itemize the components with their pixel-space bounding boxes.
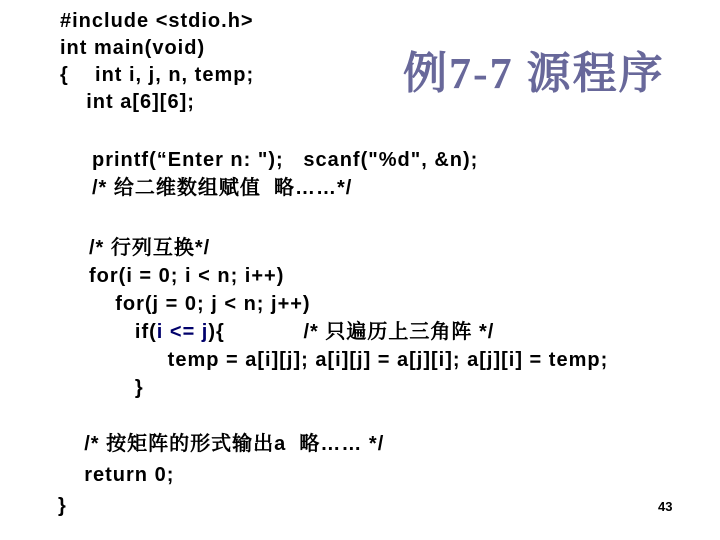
code-line-include: #include <stdio.h> [60,8,254,35]
code-line-for-j: for(j = 0; j < n; j++) [89,290,608,318]
code-block-input: printf(“Enter n: "); scanf("%d", &n); /*… [92,146,478,202]
slide-title: 例7-7 源程序 [403,46,665,102]
page-number: 43 [658,499,672,514]
code-line-output-comment: /* 按矩阵的形式输出a 略…… */ [58,429,384,460]
code-line-assign-comment: /* 给二维数组赋值 略……*/ [92,174,478,202]
code-block-output: /* 按矩阵的形式输出a 略…… */ return 0; } [58,429,384,522]
code-line-main-closing-brace: } [58,491,384,522]
if-keyword: if( [89,321,157,343]
code-line-if-closing-brace: } [89,374,608,402]
if-condition-highlight: i <= j [157,321,209,343]
if-trailing-comment: ){ /* 只遍历上三角阵 */ [208,321,494,343]
code-line-swap-statement: temp = a[i][j]; a[i][j] = a[j][i]; a[j][… [89,346,608,374]
code-line-for-i: for(i = 0; i < n; i++) [89,262,608,290]
code-block-declarations: #include <stdio.h> int main(void) { int … [60,8,254,116]
code-line-swap-comment: /* 行列互换*/ [89,234,608,262]
code-line-declare-ints: { int i, j, n, temp; [60,62,254,89]
code-line-declare-array: int a[6][6]; [60,89,254,116]
code-line-if: if(i <= j){ /* 只遍历上三角阵 */ [89,318,608,346]
code-block-swap: /* 行列互换*/ for(i = 0; i < n; i++) for(j =… [89,234,608,402]
presentation-slide: #include <stdio.h> int main(void) { int … [0,0,720,540]
code-line-main: int main(void) [60,35,254,62]
code-line-printf-scanf: printf(“Enter n: "); scanf("%d", &n); [92,146,478,174]
code-line-return: return 0; [58,460,384,491]
